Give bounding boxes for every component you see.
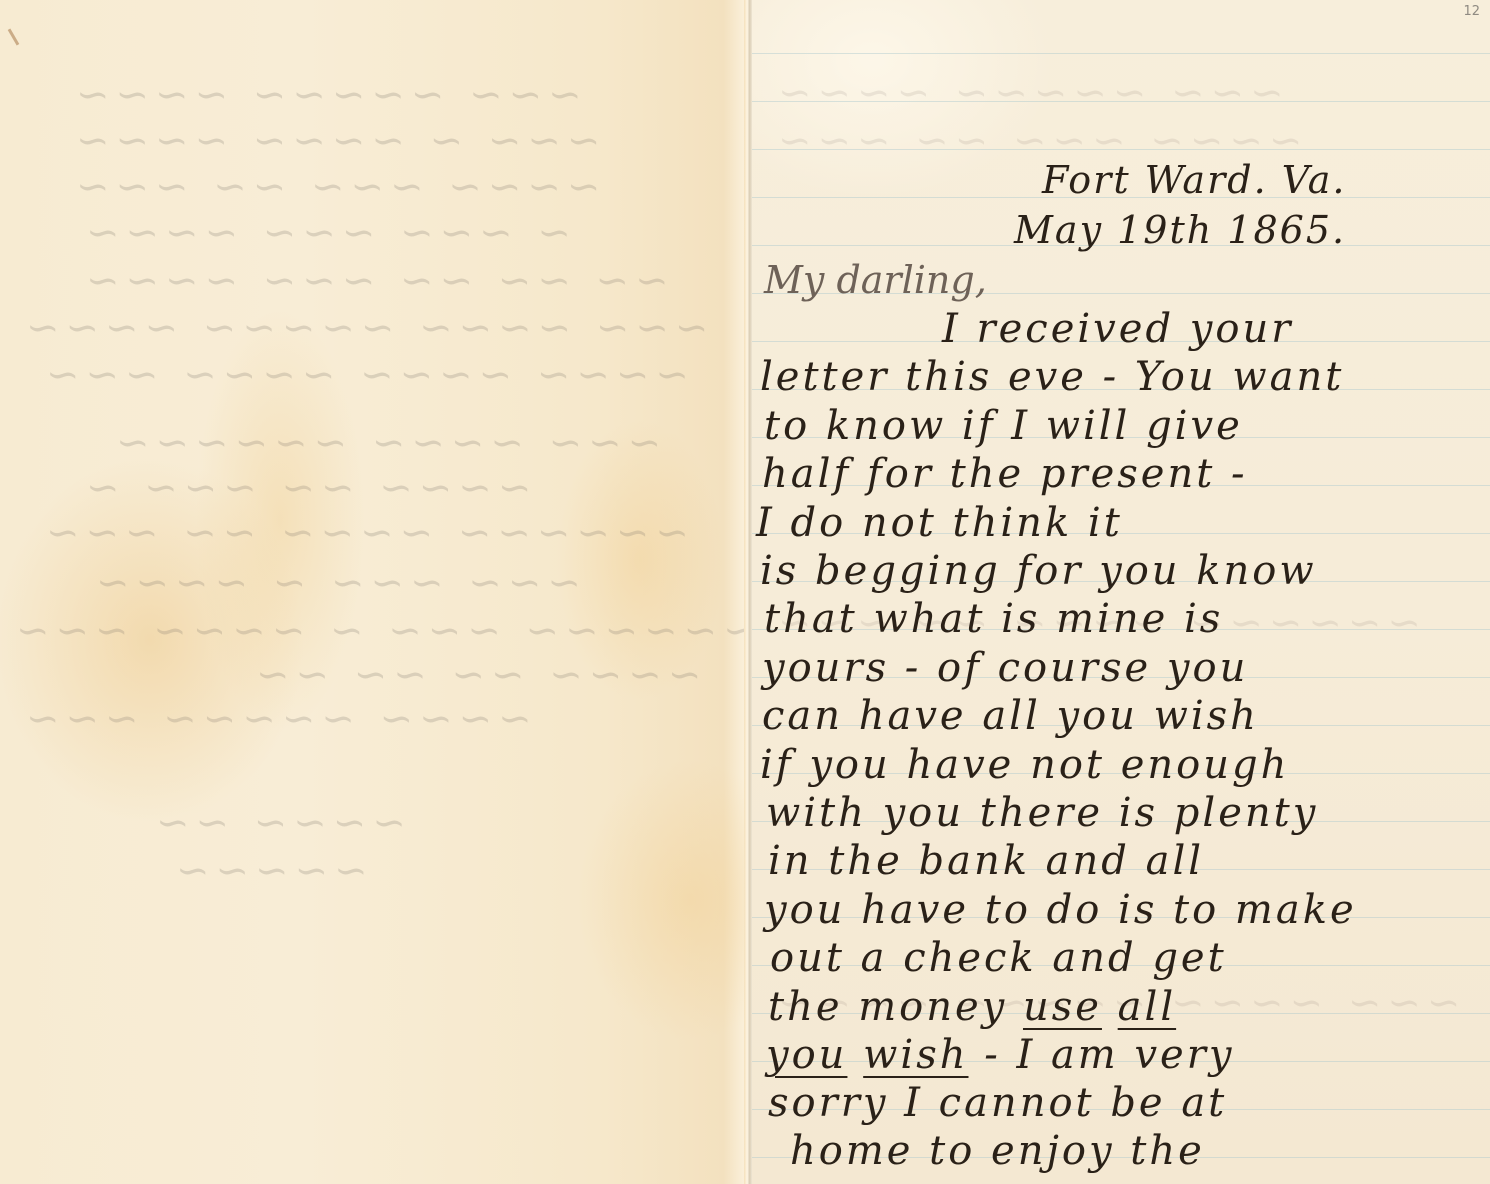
line-text: - I am very — [969, 1032, 1235, 1078]
bleed-through-line: ~~ ~~ ~~ ~~~ ~~~~ — [80, 258, 669, 304]
letter-line: in the bank and all — [768, 838, 1204, 884]
letter-line: you wish - I am very — [766, 1032, 1234, 1078]
bleed-through-line: ~~~ ~ ~~~~ ~~~~ — [70, 118, 600, 164]
letter-line: to know if I will give — [764, 403, 1243, 449]
letter-spread: ~~~ ~~~~~ ~~~~ ~~~ ~ ~~~~ ~~~~ ~~~~ ~~~ … — [0, 0, 1490, 1184]
underlined-word-all: all — [1118, 984, 1176, 1030]
letter-line: letter this eve - You want — [760, 354, 1344, 400]
bleed-through-line: ~~~ ~~~~~ ~~~~ — [772, 70, 1284, 116]
letter-line: home to enjoy the — [790, 1128, 1205, 1174]
right-page: ~~~ ~~~~~ ~~~~ ~~~~ ~~~ ~~ ~~~ ~~~~~~ ~~… — [752, 0, 1490, 1184]
bleed-through-line: ~~~~ ~~ — [150, 800, 406, 846]
line-text — [847, 1032, 863, 1078]
bleed-through-line: ~~~~~ — [170, 848, 368, 894]
letter-line: I do not think it — [756, 500, 1123, 546]
letter-line: out a check and get — [770, 935, 1227, 981]
salutation: My darling, — [764, 258, 987, 302]
bleed-through-line: ~ ~~~ ~~~ ~~~~ — [80, 210, 571, 256]
page-number: 12 — [1463, 4, 1480, 19]
bleed-through-line: ~~~~ ~~ ~~~ ~ — [80, 465, 531, 511]
underlined-word-wish: wish — [863, 1032, 968, 1078]
underlined-word-use: use — [1023, 984, 1102, 1030]
letter-line: with you there is plenty — [766, 790, 1318, 836]
letter-line: the money use all — [768, 984, 1176, 1030]
letter-line: half for the present - — [762, 451, 1248, 497]
bleed-through-line: ~~~~ ~~ ~~ ~~ — [250, 652, 701, 698]
letter-line: can have all you wish — [762, 693, 1259, 739]
paper-mark — [8, 28, 20, 45]
bleed-through-line: ~~~~ ~~~~~ ~~~ — [20, 696, 532, 742]
underlined-word-you: you — [766, 1032, 847, 1078]
bleed-through-line: ~~~ ~~~~ ~~~~~ ~~~~ — [20, 305, 708, 351]
bleed-through-line: ~~~~~~ ~~~~ ~~ ~~~ — [40, 510, 689, 556]
bleed-through-line: ~~~~~~ ~~~ ~ ~~~~ ~~~ — [10, 608, 757, 654]
letter-place: Fort Ward. Va. — [1042, 158, 1346, 202]
bleed-through-line: ~~~~ ~~~ ~~ ~~~ — [70, 164, 600, 210]
bleed-through-line: ~~~ ~~~ ~ ~~~~ — [90, 560, 581, 606]
bleed-through-line: ~~~ ~~~~~ ~~~~ — [70, 72, 582, 118]
letter-date: May 19th 1865. — [1014, 208, 1346, 252]
line-text: the money — [768, 984, 1023, 1030]
letter-line: is begging for you know — [760, 548, 1317, 594]
letter-line: sorry I cannot be at — [768, 1080, 1227, 1126]
letter-line: if you have not enough — [760, 742, 1289, 788]
bleed-through-line: ~~~~ ~~~~ ~~~~ ~~~ — [40, 352, 689, 398]
bleed-through-line: ~~~ ~~~~ ~~~~~~ — [110, 420, 661, 466]
letter-line: yours - of course you — [762, 645, 1248, 691]
letter-line: that what is mine is — [764, 596, 1223, 642]
letter-line: I received your — [942, 306, 1293, 352]
page-fold — [744, 0, 752, 1184]
line-text — [1102, 984, 1118, 1030]
left-page: ~~~ ~~~~~ ~~~~ ~~~ ~ ~~~~ ~~~~ ~~~~ ~~~ … — [0, 0, 746, 1184]
letter-line: you have to do is to make — [764, 887, 1357, 933]
